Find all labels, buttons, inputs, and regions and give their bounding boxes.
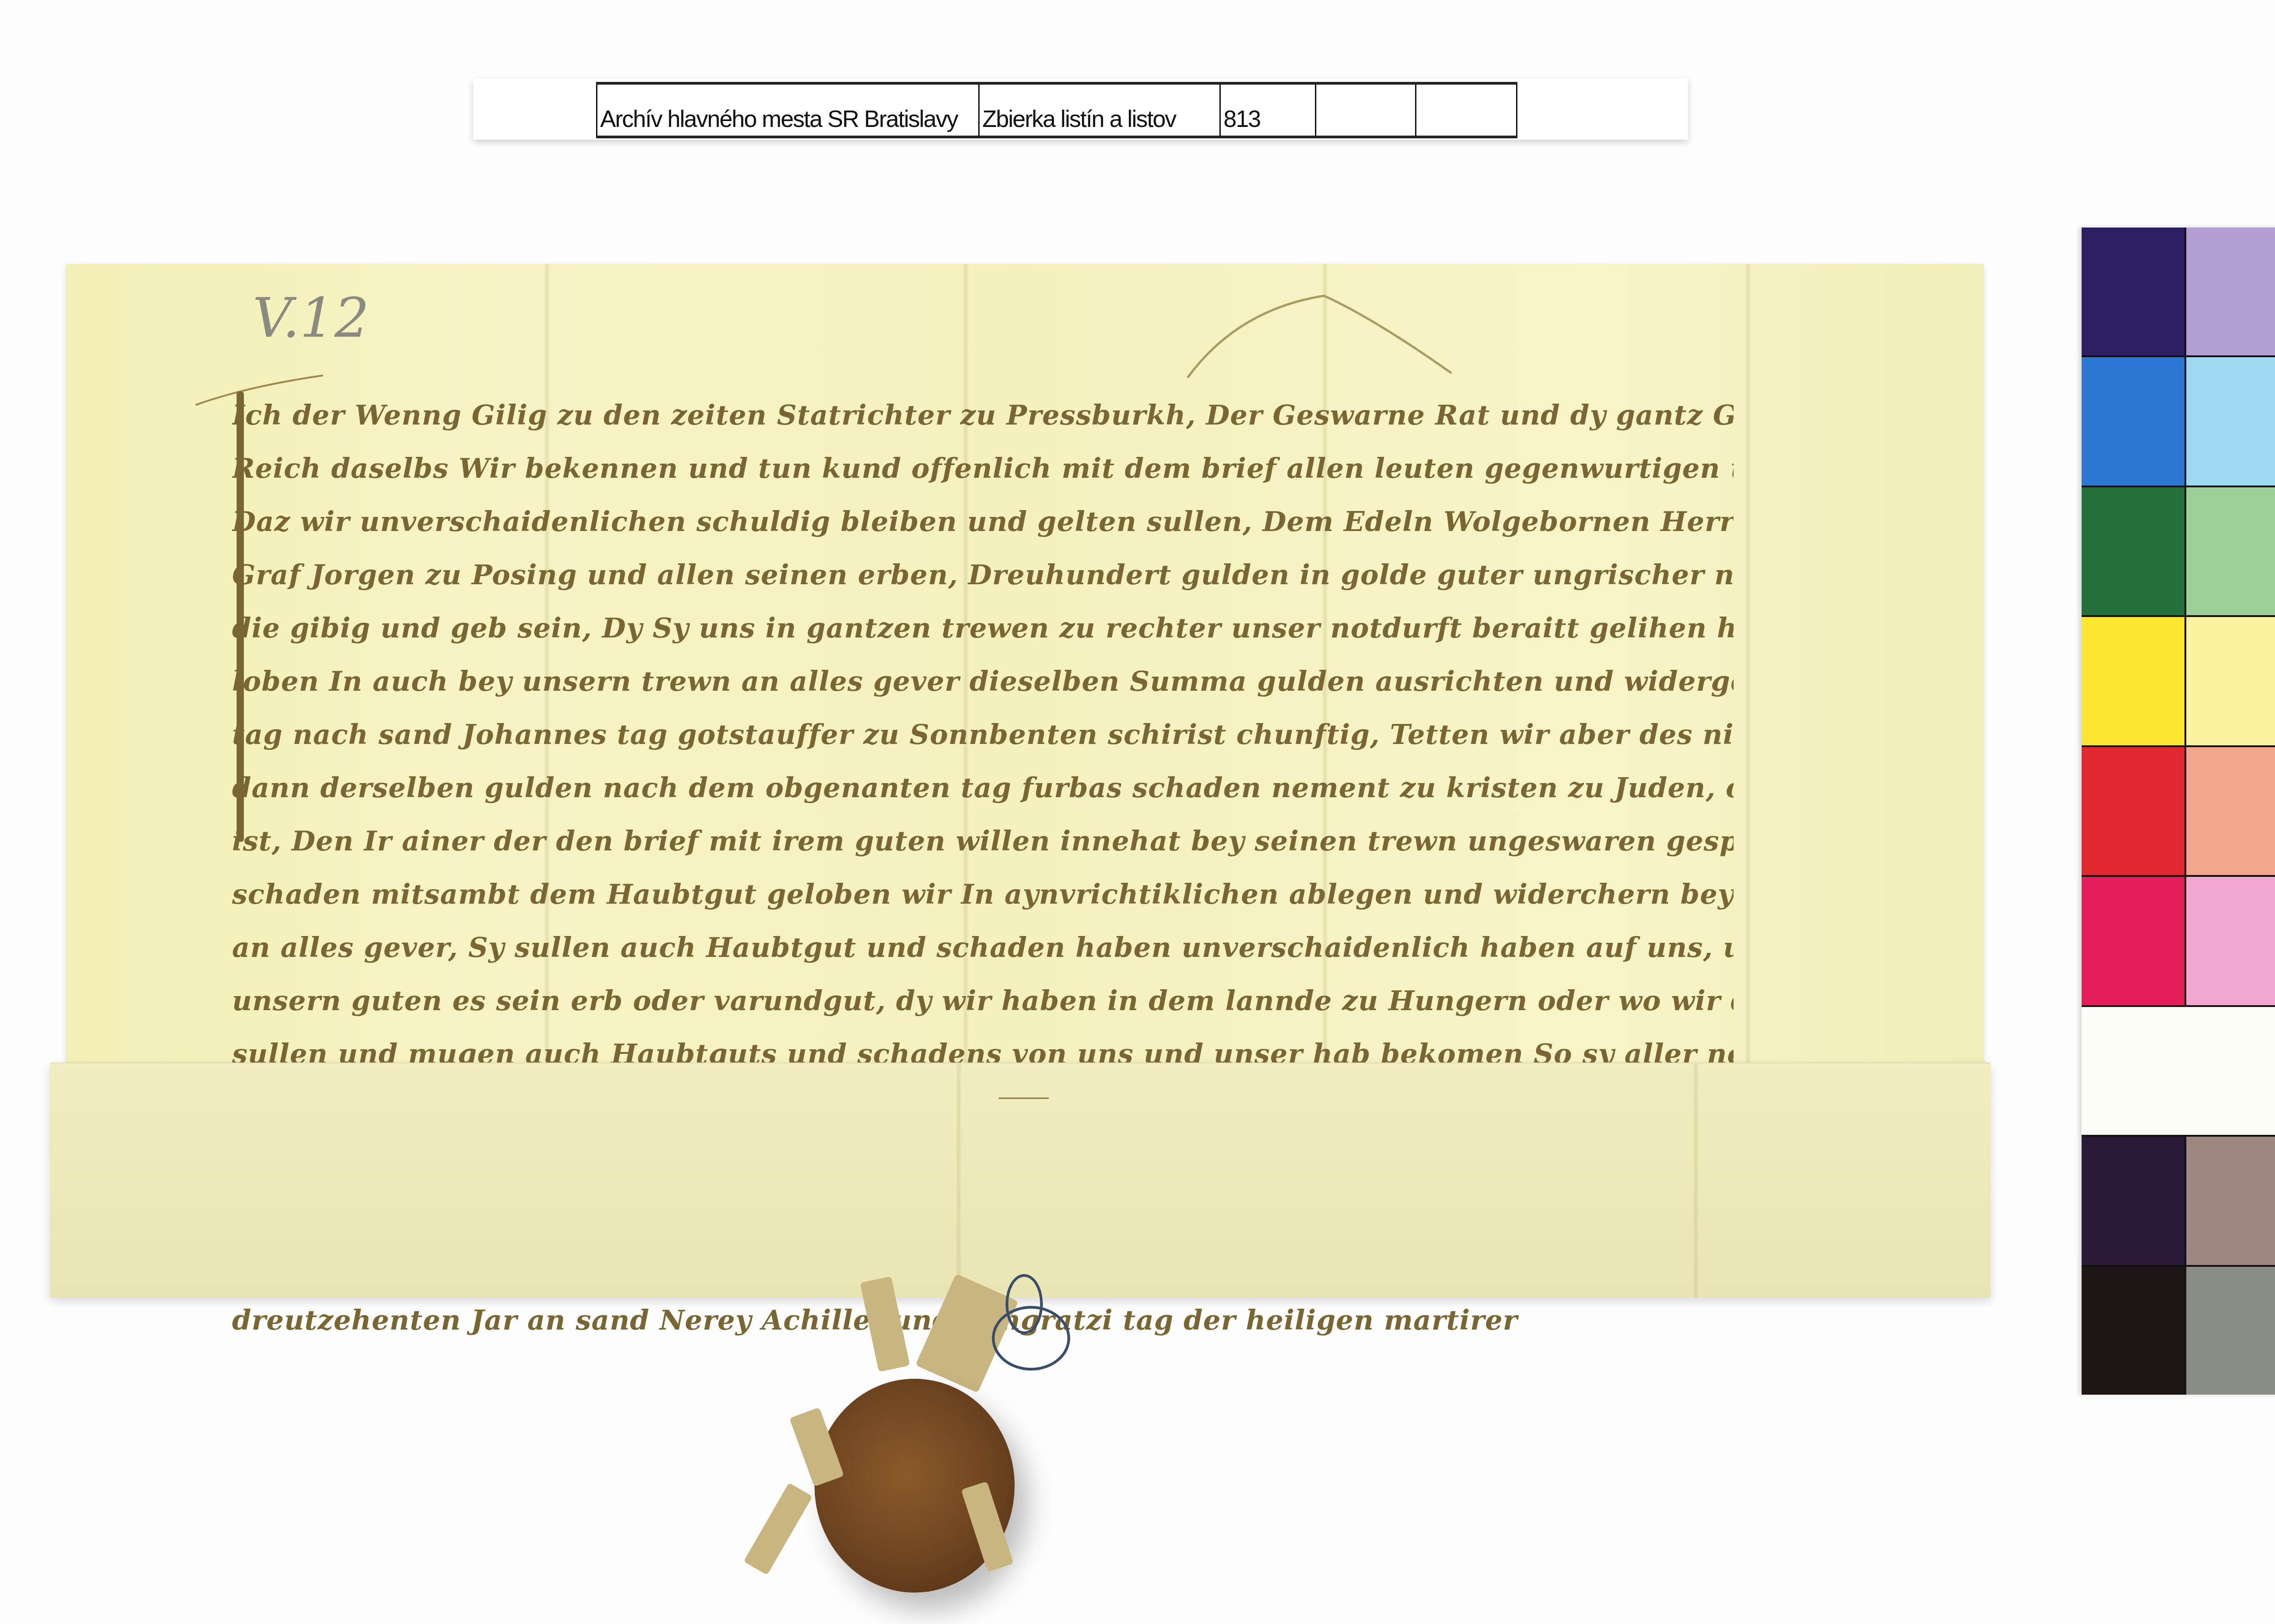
patch-yellow-dark	[2082, 617, 2186, 745]
patch-row-magenta	[2082, 877, 2275, 1007]
archive-label-table: Archív hlavného mesta SR Bratislavy Zbie…	[596, 82, 1517, 138]
patch-black-dark	[2082, 1267, 2186, 1395]
text-line: dann derselben gulden nach dem obgenante…	[232, 762, 1734, 815]
parchment-wrinkle	[1183, 291, 1456, 382]
patch-3color-dark	[2082, 1137, 2186, 1265]
archive-name: Archív hlavného mesta SR Bratislavy	[600, 106, 957, 133]
text-line: loben In auch bey unsern trewn an alles …	[232, 655, 1734, 708]
patch-red-light	[2186, 747, 2275, 875]
item-number-cell: 813	[1219, 85, 1315, 136]
parchment-strap	[743, 1482, 813, 1575]
patch-red-dark	[2082, 747, 2186, 875]
text-line: die gibig und geb sein, Dy Sy uns in gan…	[232, 602, 1734, 655]
patch-row-yellow	[2082, 617, 2275, 747]
patch-white	[2082, 1007, 2275, 1135]
patch-row-white	[2082, 1007, 2275, 1137]
text-line: Reich daselbs Wir bekennen und tun kund …	[232, 442, 1734, 496]
text-line: tag nach sand Johannes tag gotstauffer z…	[232, 708, 1734, 762]
empty-cell-1	[1315, 85, 1415, 136]
text-line: Daz wir unverschaidenlichen schuldig ble…	[232, 496, 1734, 549]
patch-row-red	[2082, 747, 2275, 877]
shelfmark: V.12	[253, 287, 369, 350]
text-line: unsern guten es sein erb oder varundgut,…	[232, 975, 1734, 1028]
patch-black-light	[2186, 1267, 2275, 1395]
text-line: an alles gever, Sy sullen auch Haubtgut …	[232, 921, 1734, 975]
patch-blue-dark	[2082, 228, 2186, 355]
patch-green-light	[2186, 487, 2275, 615]
patch-row-blue	[2082, 228, 2275, 357]
patch-row-black	[2082, 1267, 2275, 1395]
collection-name: Zbierka listín a listov	[982, 106, 1176, 133]
archive-name-cell: Archív hlavného mesta SR Bratislavy	[596, 85, 978, 136]
patch-row-green	[2082, 487, 2275, 617]
color-patches	[2082, 228, 2275, 1395]
text-line: Ich der Wenng Gilig zu den zeiten Statri…	[232, 389, 1734, 442]
kodak-color-control-card: Kodak Color Control Patches Blue Cyan Gr…	[2082, 228, 2275, 1395]
patch-magenta-light	[2186, 877, 2275, 1005]
silk-cord	[1006, 1274, 1043, 1334]
empty-cell-2	[1415, 85, 1517, 136]
fold-crease	[955, 1063, 962, 1298]
collection-name-cell: Zbierka listín a listov	[978, 85, 1219, 136]
charter-plica-fold	[50, 1062, 1991, 1298]
parchment-strap	[860, 1276, 910, 1372]
patch-cyan-light	[2186, 357, 2275, 485]
item-number: 813	[1223, 106, 1260, 133]
patch-magenta-dark	[2082, 877, 2186, 1005]
patch-green-dark	[2082, 487, 2186, 615]
patch-row-cyan	[2082, 357, 2275, 487]
text-line: ist, Den Ir ainer der den brief mit irem…	[232, 815, 1734, 868]
patch-blue-light	[2186, 228, 2275, 355]
fold-crease	[1745, 264, 1751, 1078]
pendant-seal	[719, 1274, 1128, 1602]
patch-row-3color	[2082, 1137, 2275, 1266]
seal-slit	[999, 1098, 1049, 1099]
archive-label-strip: Archív hlavného mesta SR Bratislavy Zbie…	[473, 78, 1688, 140]
patch-cyan-dark	[2082, 357, 2186, 485]
fold-crease	[1693, 1063, 1699, 1298]
text-line: schaden mitsambt dem Haubtgut geloben wi…	[232, 868, 1734, 921]
patch-yellow-light	[2186, 617, 2275, 745]
text-line: Graf Jorgen zu Posing und allen seinen e…	[232, 549, 1734, 602]
patch-3color-light	[2186, 1137, 2275, 1265]
